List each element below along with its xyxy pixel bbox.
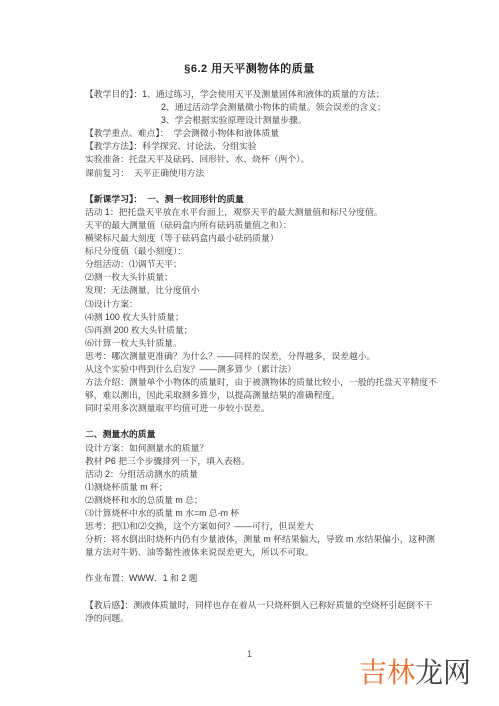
doc-line: 分析：将水倒出时烧杯内仍有少量液体，测量 m 杯结果偏大，导致 m 水结果偏小，…: [85, 533, 445, 546]
doc-line: [85, 415, 445, 428]
doc-line: 从这个实验中得到什么启发？——测多算少（累计法）: [85, 363, 445, 376]
doc-line: ⑶计算烧杯中水的质量 m 水=m 总-m 杯: [85, 507, 445, 520]
doc-line: 够，难以测出，因此采取测多算少，以提高测量结果的准确程度。: [85, 389, 445, 402]
doc-line: 思考：把⑴和⑵交换，这个方案如何？——可行，但误差大: [85, 520, 445, 533]
document-body: 【教学目的】：1、通过练习，学会使用天平及测量固体和液体的质量的方法；2、通过活…: [85, 88, 445, 625]
doc-line: ⑶设计方案：: [85, 298, 445, 311]
doc-line: 方法介绍：测量单个小物体的质量时，由于被测物体的质量比较小，一般的托盘天平精度不: [85, 376, 445, 389]
doc-line: 二、测量水的质量: [85, 428, 445, 441]
doc-line: 净的问题。: [85, 612, 445, 625]
doc-line: 【教学目的】：1、通过练习，学会使用天平及测量固体和液体的质量的方法；: [85, 88, 445, 101]
doc-line: ⑵测一枚大头针质量；: [85, 271, 445, 284]
site-watermark: 吉林龙网: [359, 657, 471, 689]
doc-line: 【教学方法】：科学探究、讨论法、分组实验: [85, 140, 445, 153]
doc-line: 3、学会根据实验原理设计测量步骤。: [85, 114, 445, 127]
doc-line: 【新课学习】： 一、测一枚回形针的质量: [85, 193, 445, 206]
document-title: §6.2 用天平测物体的质量: [0, 60, 499, 76]
doc-line: 同时采用多次测量取平均值可进一步较小误差。: [85, 402, 445, 415]
watermark-part1: 吉林: [359, 657, 415, 688]
doc-line: 量方法对牛奶、油等黏性液体来说误差更大，所以不可取。: [85, 546, 445, 559]
doc-line: 【教后感】：测液体质量时，同样也存在着从一只烧杯倒入已称好质量的空烧杯引起倒不干: [85, 599, 445, 612]
doc-line: 【教学重点、难点】： 学会测微小物体和液体质量: [85, 127, 445, 140]
doc-line: ⑹计算一枚大头针质量。: [85, 337, 445, 350]
doc-line: ⑸再测 200 枚大头针质量；: [85, 324, 445, 337]
doc-line: 活动 1：把托盘天平放在水平台面上，观察天平的最大测量值和标尺分度值。: [85, 206, 445, 219]
doc-line: 2、通过活动学会测量微小物体的质量。领会误差的含义；: [85, 101, 445, 114]
doc-line: 思考：哪次测量更准确？为什么？——同样的误差，分得越多，误差越小。: [85, 350, 445, 363]
watermark-part2: 龙网: [415, 657, 471, 688]
doc-line: 发现：无法测量，比分度值小: [85, 284, 445, 297]
doc-line: 横梁标尺最大刻度（等于砝码盒内最小砝码质量）: [85, 232, 445, 245]
document-page: §6.2 用天平测物体的质量 【教学目的】：1、通过练习，学会使用天平及测量固体…: [0, 0, 499, 706]
doc-line: [85, 559, 445, 572]
doc-line: [85, 180, 445, 193]
doc-line: ⑵测烧杯和水的总质量 m 总；: [85, 494, 445, 507]
doc-line: [85, 586, 445, 599]
doc-line: ⑴测烧杯质量 m 杯；: [85, 481, 445, 494]
doc-line: ⑷测 100 枚大头针质量；: [85, 311, 445, 324]
doc-line: 天平的最大测量值（砝码盒内所有砝码质量值之和）：: [85, 219, 445, 232]
doc-line: 实验准备：托盘天平及砝码、回形针、水、烧杯（两个）。: [85, 153, 445, 166]
doc-line: 教材 P6 把三个步骤排列一下，填入表格。: [85, 455, 445, 468]
doc-line: 设计方案：如何测量水的质量？: [85, 442, 445, 455]
doc-line: 标尺分度值（最小刻度）：: [85, 245, 445, 258]
doc-line: 作业布置：WWW．1 和 2 题: [85, 572, 445, 585]
doc-line: 活动 2：分组活动测水的质量: [85, 468, 445, 481]
doc-line: 分组活动：⑴调节天平；: [85, 258, 445, 271]
doc-line: 课前复习： 天平正确使用方法: [85, 167, 445, 180]
